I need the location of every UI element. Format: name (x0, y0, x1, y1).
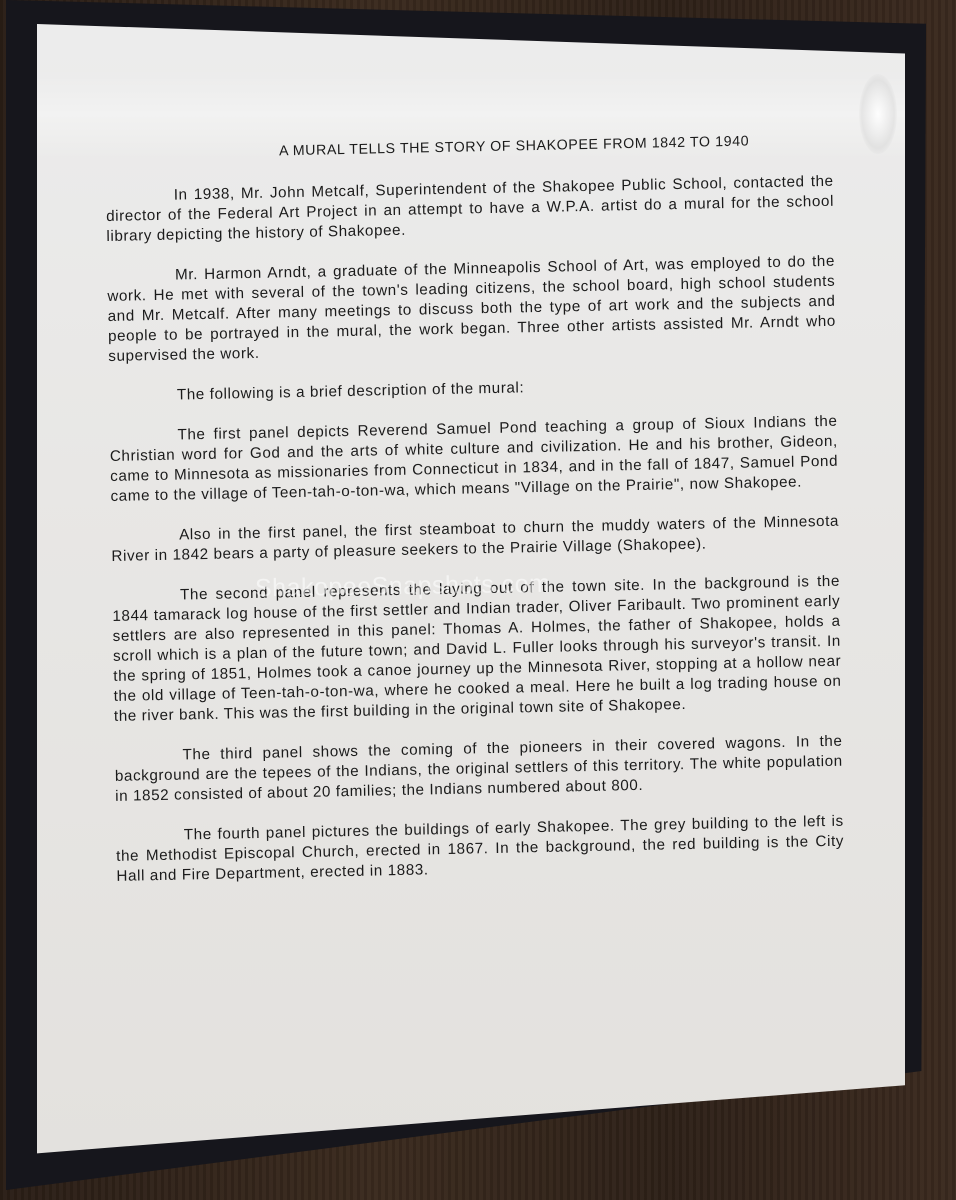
tape-reflection (859, 74, 897, 154)
paragraph-description-lead: The following is a brief description of … (109, 372, 837, 407)
paragraph-second-panel: The second panel represents the laying o… (112, 572, 842, 727)
paragraph-artist: Mr. Harmon Arndt, a graduate of the Minn… (107, 252, 836, 367)
paragraph-first-panel-steamboat: Also in the first panel, the first steam… (111, 512, 839, 567)
paragraph-first-panel: The first panel depicts Reverend Samuel … (109, 412, 838, 507)
paragraph-third-panel: The third panel shows the coming of the … (114, 732, 843, 807)
paragraph-fourth-panel: The fourth panel pictures the buildings … (116, 812, 845, 887)
document-body: A MURAL TELLS THE STORY OF SHAKOPEE FROM… (105, 130, 845, 907)
paragraph-intro: In 1938, Mr. John Metcalf, Superintenden… (106, 172, 835, 247)
